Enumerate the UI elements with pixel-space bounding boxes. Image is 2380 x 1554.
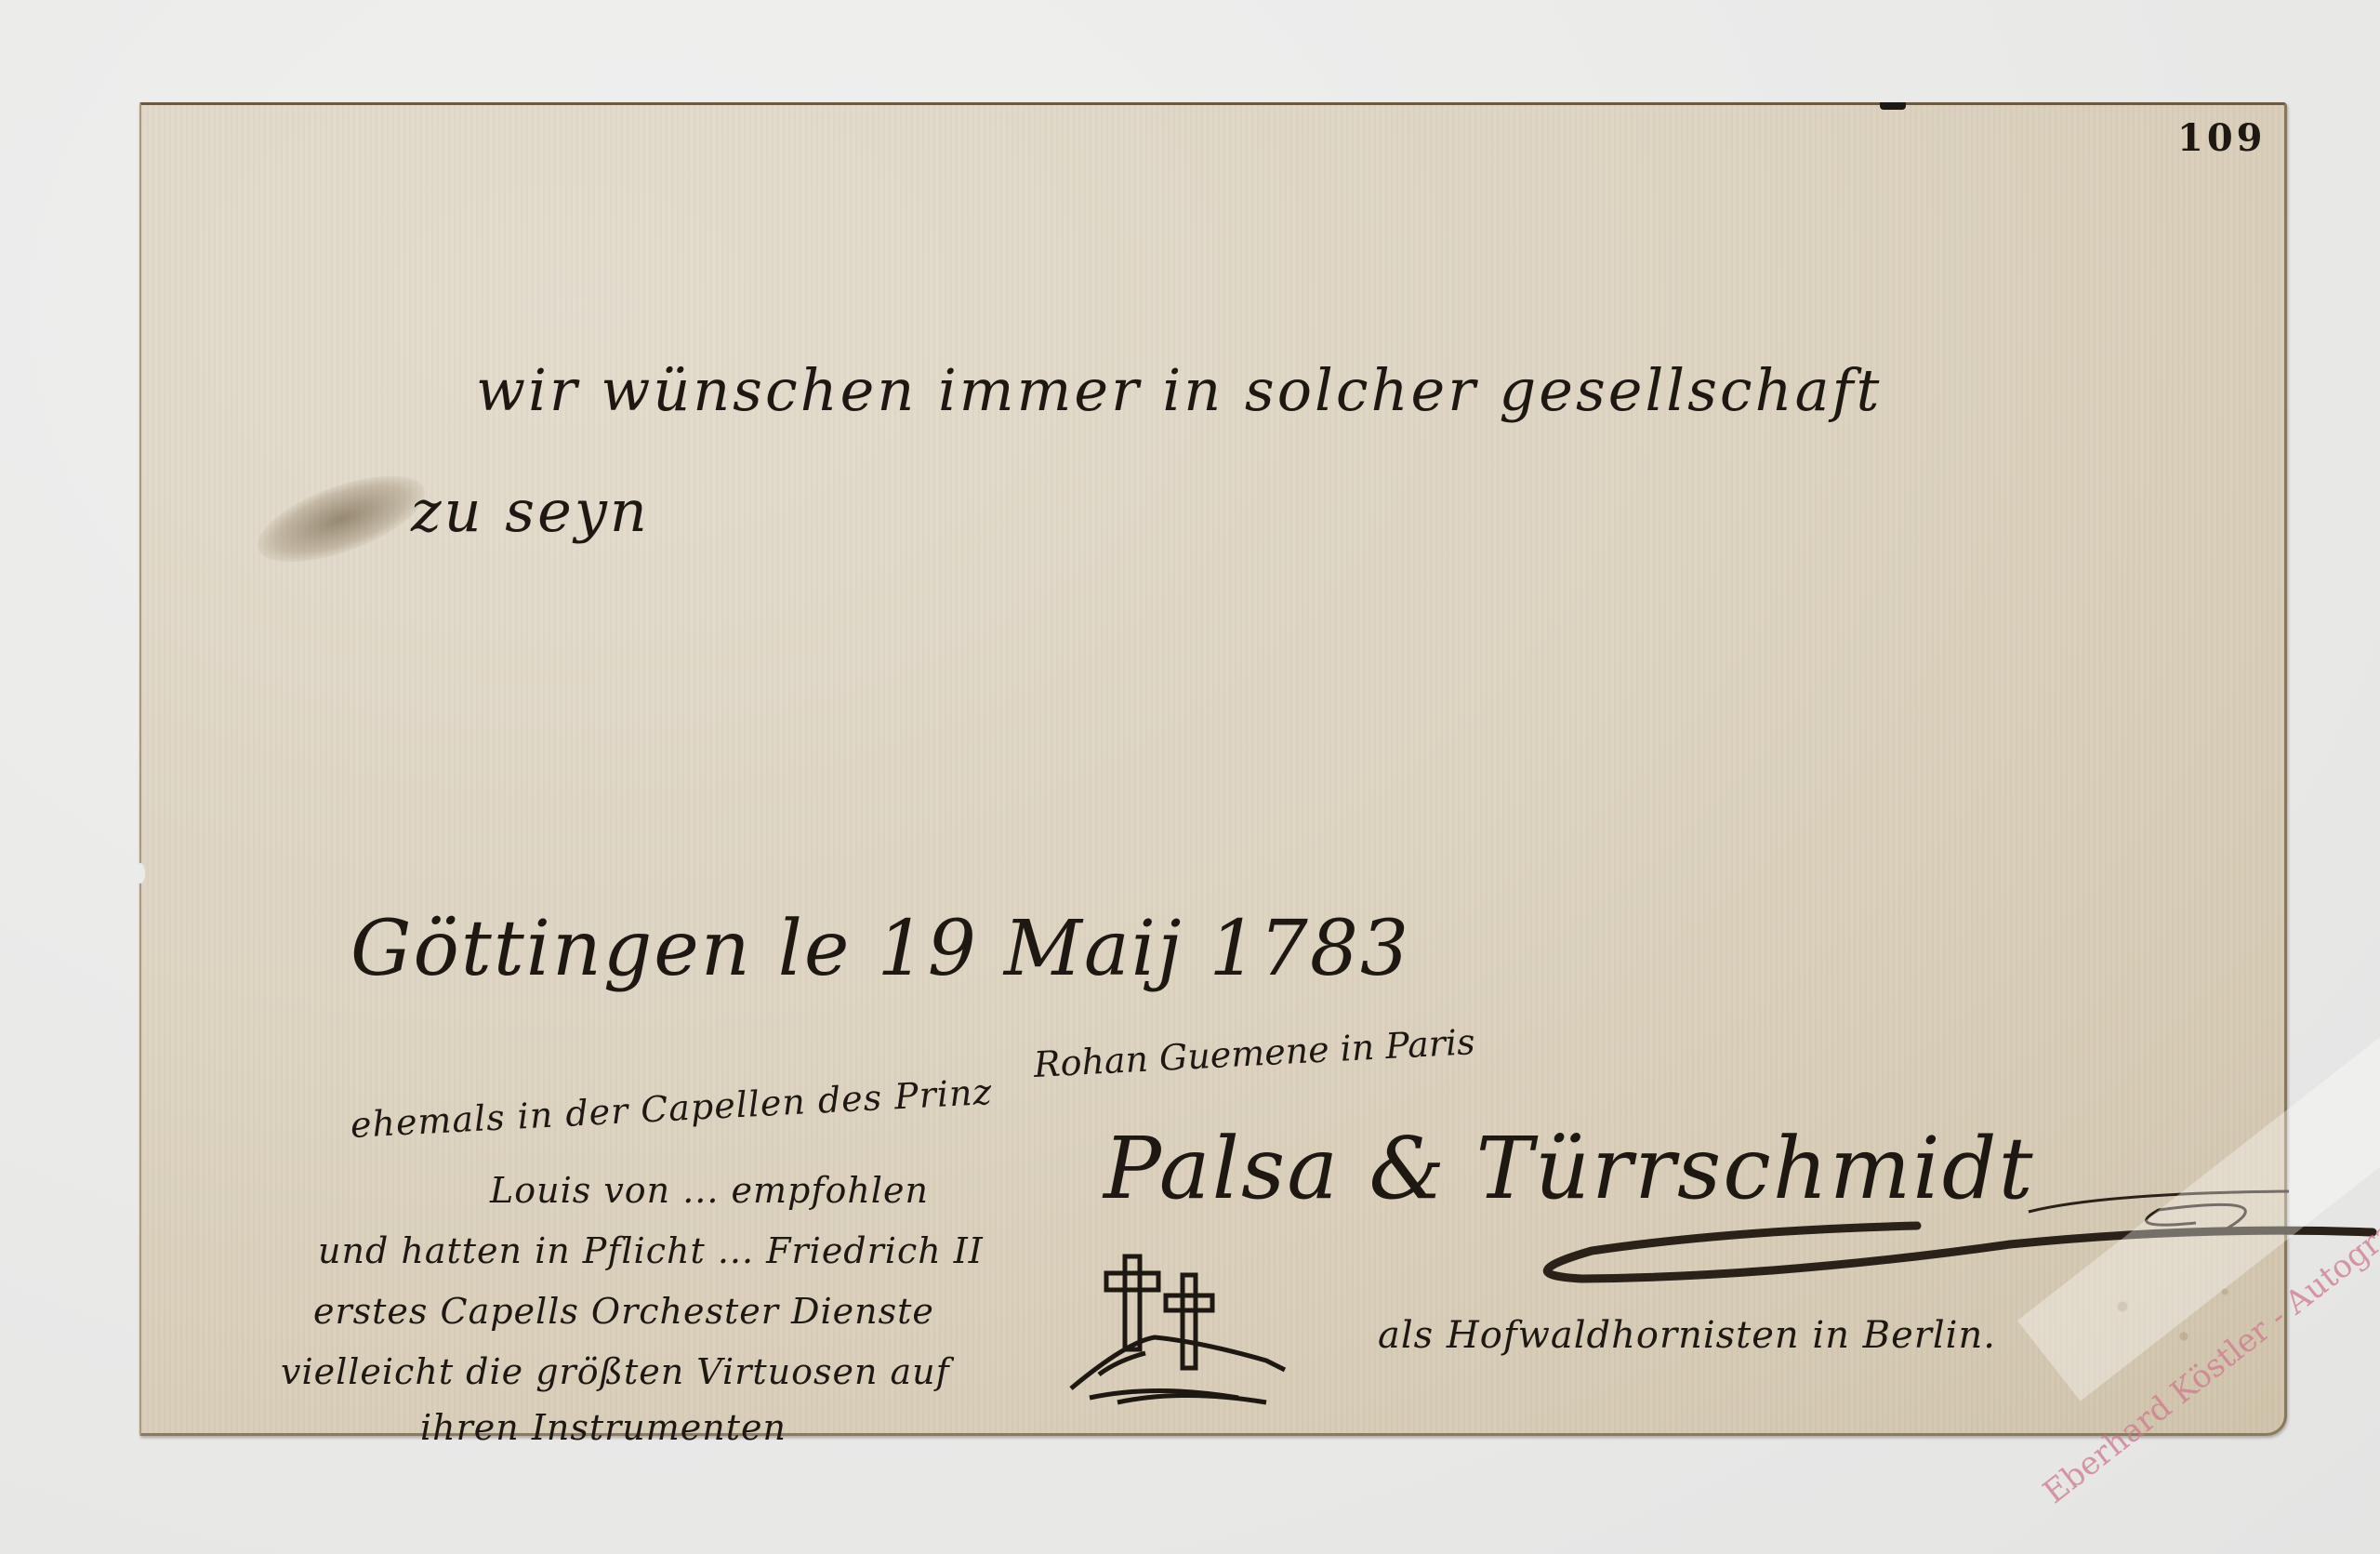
two-crosses-drawing	[1062, 1249, 1359, 1407]
dateline: Göttingen le 19 Maij 1783	[350, 905, 1410, 993]
motto-line-1: wir wünschen immer in solcher gesellscha…	[476, 356, 1882, 424]
patron-note: Rohan Guemene in Paris	[1033, 1021, 1476, 1085]
caption: als Hofwaldhornisten in Berlin.	[1378, 1314, 1996, 1357]
note-line: ehemals in der Capellen des Prinz	[350, 1071, 994, 1146]
note-line: und hatten in Pflicht ... Friedrich II	[318, 1230, 984, 1271]
folio-number: 109	[2177, 116, 2267, 160]
motto-line-2: zu seyn	[411, 477, 650, 545]
ink-smudge	[247, 458, 435, 580]
edge-nick	[136, 863, 145, 883]
note-line: erstes Capells Orchester Dienste	[313, 1291, 934, 1332]
album-leaf: 109 wir wünschen immer in solcher gesell…	[139, 102, 2287, 1436]
note-line: Louis von ... empfohlen	[490, 1170, 929, 1211]
note-line: vielleicht die größten Virtuosen auf	[281, 1351, 950, 1392]
note-line: ihren Instrumenten	[420, 1407, 787, 1448]
edge-notch	[1880, 102, 1906, 110]
